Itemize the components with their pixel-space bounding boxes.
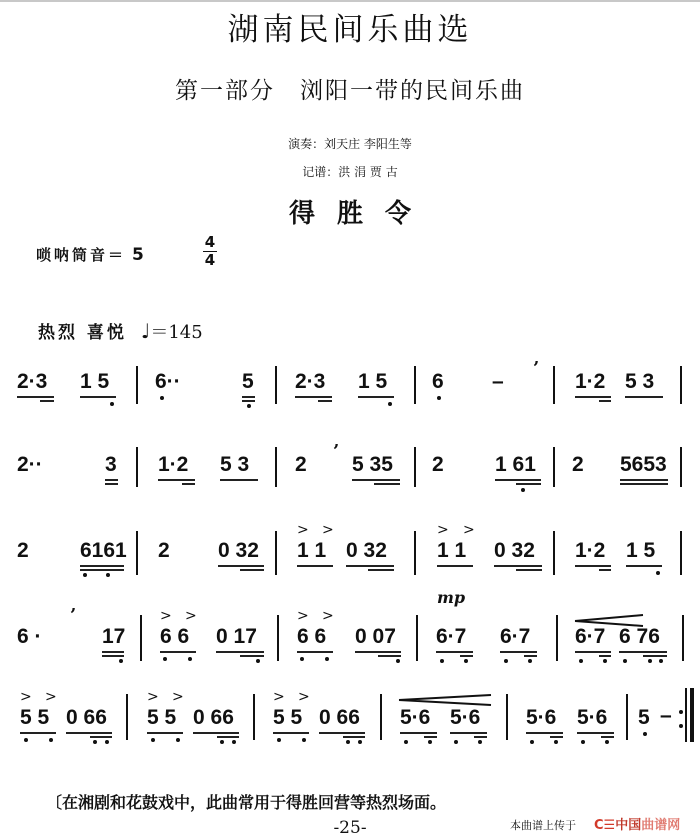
low-octave-dot [83, 573, 87, 577]
low-octave-dot [110, 402, 114, 406]
beam [368, 569, 394, 571]
beam [620, 479, 668, 481]
accent-mark: > [298, 690, 310, 704]
bar-line [136, 447, 138, 487]
beam [436, 651, 473, 653]
bar-line [556, 615, 558, 661]
logo-icon: C☰ [594, 818, 615, 833]
low-octave-dot [623, 659, 627, 663]
beam [516, 483, 541, 485]
low-octave-dot [106, 573, 110, 577]
low-octave-dot [504, 659, 508, 663]
bar-line [277, 615, 279, 661]
note: 0 32 [218, 539, 259, 563]
low-octave-dot [437, 396, 441, 400]
dash: – [492, 370, 504, 394]
beam [424, 736, 437, 738]
bar-line [506, 694, 508, 740]
beam [80, 565, 124, 567]
top-border [0, 0, 700, 2]
low-octave-dot [358, 740, 362, 744]
score-row-4: 6 · ’ 17 > > 6 6 0 17 > > 6 6 0 07 6·7 6… [0, 605, 700, 665]
bar-line [414, 366, 416, 404]
accent-mark: > [20, 690, 32, 704]
beam [599, 655, 611, 657]
bar-line [414, 447, 416, 487]
beam [66, 732, 112, 734]
beam [577, 732, 614, 734]
beam [273, 732, 309, 734]
low-octave-dot [160, 396, 164, 400]
note: 5·6 [400, 706, 430, 730]
beam [494, 565, 542, 567]
note: 0 66 [193, 706, 234, 730]
final-barline-thick [690, 688, 694, 742]
beam [575, 396, 611, 398]
beam [374, 483, 400, 485]
beam [158, 479, 195, 481]
note: 17 [102, 625, 125, 649]
low-octave-dot [428, 740, 432, 744]
accent-mark: > [297, 609, 309, 623]
note: 5 3 [220, 453, 249, 477]
book-title: 湖南民间乐曲选 [0, 4, 700, 49]
beam [17, 396, 54, 398]
breath-mark: ’ [333, 441, 339, 462]
low-octave-dot [300, 657, 304, 661]
low-octave-dot [530, 740, 534, 744]
beam [575, 651, 611, 653]
low-octave-dot [528, 659, 532, 663]
note: 6 · [17, 625, 42, 649]
note: 5 [242, 370, 254, 394]
beam [80, 569, 124, 571]
accent-mark: > [322, 609, 334, 623]
beam [495, 479, 541, 481]
note: 2 [295, 453, 307, 477]
note: 5 5 [147, 706, 176, 730]
transcriber-credit: 记谱：洪 涓 贾 古 [0, 163, 700, 180]
bar-line [136, 366, 138, 404]
note: 0 32 [346, 539, 387, 563]
bar-line [626, 694, 628, 740]
beam [20, 732, 56, 734]
beam [242, 396, 255, 398]
low-octave-dot [440, 659, 444, 663]
accent-mark: > [437, 523, 449, 537]
accent-mark: > [463, 523, 475, 537]
beam [295, 396, 332, 398]
bar-line [253, 694, 255, 740]
note: 6 [432, 370, 444, 394]
low-octave-dot [656, 571, 660, 575]
bar-line [680, 531, 682, 575]
beam [220, 479, 258, 481]
bar-line [380, 694, 382, 740]
note: 0 66 [319, 706, 360, 730]
tempo-bpm: ＝145 [150, 322, 202, 343]
beam [319, 732, 365, 734]
low-octave-dot [478, 740, 482, 744]
beam [218, 565, 264, 567]
low-octave-dot [49, 738, 53, 742]
note: 3 [105, 453, 117, 477]
note: 1 5 [358, 370, 387, 394]
note: 2 [572, 453, 584, 477]
tempo-marking: 热烈 喜悦♩＝145 [38, 318, 203, 344]
note: 5 35 [352, 453, 393, 477]
low-octave-dot [464, 659, 468, 663]
bar-line [553, 366, 555, 404]
beam [297, 651, 333, 653]
note: 5·6 [577, 706, 607, 730]
beam [626, 565, 662, 567]
note: 6 6 [160, 625, 189, 649]
score-row-3: 2 6161 2 0 32 > > 1 1 0 32 > > 1 1 0 32 … [0, 525, 700, 585]
beam [599, 569, 611, 571]
beam [102, 655, 124, 657]
note: 5653 [620, 453, 667, 477]
bar-line [140, 615, 142, 661]
beam [355, 651, 401, 653]
beam [474, 736, 487, 738]
note: 6·· [155, 370, 181, 394]
low-octave-dot [220, 740, 224, 744]
beam [80, 396, 116, 398]
low-octave-dot [163, 657, 167, 661]
logo-cn: 中国 [615, 818, 641, 833]
beam [526, 732, 563, 734]
accent-mark: > [273, 690, 285, 704]
beam [160, 651, 196, 653]
bar-line [680, 366, 682, 404]
breath-mark: ’ [533, 358, 539, 379]
accent-mark: > [160, 609, 172, 623]
watermark-text: 本曲谱上传于 [510, 817, 576, 833]
low-octave-dot [302, 738, 306, 742]
note: 6161 [80, 539, 127, 563]
low-octave-dot [643, 732, 647, 736]
beam [217, 736, 239, 738]
bar-line [136, 531, 138, 575]
bar-line [680, 447, 682, 487]
beam [358, 396, 394, 398]
low-octave-dot [247, 404, 251, 408]
final-barline-thin [685, 688, 687, 742]
low-octave-dot [454, 740, 458, 744]
beam [90, 736, 112, 738]
breath-mark: ’ [70, 605, 76, 626]
performers-credit: 演奏：刘天庄 李阳生等 [0, 135, 700, 152]
note: 2 [17, 539, 29, 563]
beam [105, 479, 118, 481]
note: 2 [158, 539, 170, 563]
accent-mark: > [322, 523, 334, 537]
key-signature: 唢呐筒音＝5 [36, 244, 147, 265]
note: 0 66 [66, 706, 107, 730]
beam [460, 655, 473, 657]
beam [240, 655, 264, 657]
accent-mark: > [172, 690, 184, 704]
time-signature-bottom: 4 [200, 252, 220, 269]
low-octave-dot [396, 659, 400, 663]
low-octave-dot [648, 659, 652, 663]
low-octave-dot [404, 740, 408, 744]
note: 2·· [17, 453, 43, 477]
note: 1·2 [158, 453, 188, 477]
note: 1 5 [80, 370, 109, 394]
key-label: 唢呐筒音＝ [36, 246, 126, 264]
bar-line [553, 531, 555, 575]
low-octave-dot [105, 740, 109, 744]
low-octave-dot [93, 740, 97, 744]
note: 5·6 [526, 706, 556, 730]
repeat-dot [679, 724, 683, 728]
bar-line [414, 531, 416, 575]
note: 5 3 [625, 370, 654, 394]
score-row-1: 2·3 1 5 6·· 5 2·3 1 5 6 – ’ 1·2 5 3 [0, 360, 700, 420]
note: 1·2 [575, 370, 605, 394]
low-octave-dot [151, 738, 155, 742]
key-value: 5 [132, 245, 147, 265]
beam [216, 651, 264, 653]
note: 5 5 [20, 706, 49, 730]
note: 1·2 [575, 539, 605, 563]
beam [182, 483, 195, 485]
low-octave-dot [119, 659, 123, 663]
low-octave-dot [603, 659, 607, 663]
low-octave-dot [659, 659, 663, 663]
piece-title: 得胜令 [0, 193, 700, 230]
note: 6 6 [297, 625, 326, 649]
low-octave-dot [256, 659, 260, 663]
beam [297, 565, 333, 567]
low-octave-dot [579, 659, 583, 663]
beam [102, 651, 124, 653]
low-octave-dot [325, 657, 329, 661]
beam [147, 732, 183, 734]
beam [352, 479, 400, 481]
note: 1 61 [495, 453, 536, 477]
note: 6·7 [575, 625, 605, 649]
beam [643, 655, 667, 657]
bar-line [275, 531, 277, 575]
bar-line [126, 694, 128, 740]
site-logo: C☰中国曲谱网 [594, 814, 680, 833]
low-octave-dot [581, 740, 585, 744]
time-signature-top: 4 [200, 234, 220, 251]
low-octave-dot [24, 738, 28, 742]
expression-text: 热烈 喜悦 [38, 323, 127, 343]
bar-line [682, 615, 684, 661]
beam [193, 732, 239, 734]
low-octave-dot [277, 738, 281, 742]
note: 1 1 [437, 539, 466, 563]
low-octave-dot [521, 488, 525, 492]
beam [240, 569, 264, 571]
beam [516, 569, 542, 571]
note: 5 5 [273, 706, 302, 730]
footnote: 〔在湘剧和花鼓戏中，此曲常用于得胜回营等热烈场面。 [46, 790, 446, 813]
accent-mark: > [147, 690, 159, 704]
bar-line [416, 615, 418, 661]
dash: – [660, 704, 672, 728]
beam [550, 736, 563, 738]
beam [524, 655, 537, 657]
beam [619, 651, 667, 653]
beam [575, 565, 611, 567]
beam [40, 400, 54, 402]
time-signature: 4 4 [200, 234, 220, 269]
note: 2·3 [17, 370, 47, 394]
note: 1 1 [297, 539, 326, 563]
logo-site: 曲谱网 [641, 818, 680, 833]
beam [378, 655, 401, 657]
note: 6·7 [436, 625, 466, 649]
note: 0 07 [355, 625, 396, 649]
bar-line [553, 447, 555, 487]
beam [625, 396, 663, 398]
low-octave-dot [232, 740, 236, 744]
low-octave-dot [388, 402, 392, 406]
note: 0 17 [216, 625, 257, 649]
note: 1 5 [626, 539, 655, 563]
beam [343, 736, 365, 738]
beam [450, 732, 487, 734]
bar-line [275, 447, 277, 487]
low-octave-dot [605, 740, 609, 744]
accent-mark: > [45, 690, 57, 704]
low-octave-dot [176, 738, 180, 742]
score-row-2: 2·· 3 1·2 5 3 2 ’ 5 35 2 1 61 2 5653 [0, 443, 700, 503]
beam [318, 400, 332, 402]
score-row-5: > > 5 5 0 66 > > 5 5 0 66 > > 5 5 0 66 5… [0, 690, 700, 750]
beam [105, 483, 118, 485]
note: 5 [638, 706, 650, 730]
repeat-dot [679, 710, 683, 714]
note: 2 [432, 453, 444, 477]
quarter-note-icon: ♩ [141, 319, 150, 343]
note: 5·6 [450, 706, 480, 730]
note: 2·3 [295, 370, 325, 394]
accent-mark: > [297, 523, 309, 537]
note: 0 32 [494, 539, 535, 563]
part-title: 第一部分 浏阳一带的民间乐曲 [0, 72, 700, 105]
beam [346, 565, 394, 567]
beam [437, 565, 473, 567]
beam [242, 400, 255, 402]
beam [599, 400, 611, 402]
beam [620, 483, 668, 485]
low-octave-dot [346, 740, 350, 744]
beam [400, 732, 437, 734]
low-octave-dot [554, 740, 558, 744]
note: 6 76 [619, 625, 660, 649]
beam [500, 651, 537, 653]
bar-line [275, 366, 277, 404]
note: 6·7 [500, 625, 530, 649]
accent-mark: > [185, 609, 197, 623]
beam [601, 736, 614, 738]
low-octave-dot [188, 657, 192, 661]
